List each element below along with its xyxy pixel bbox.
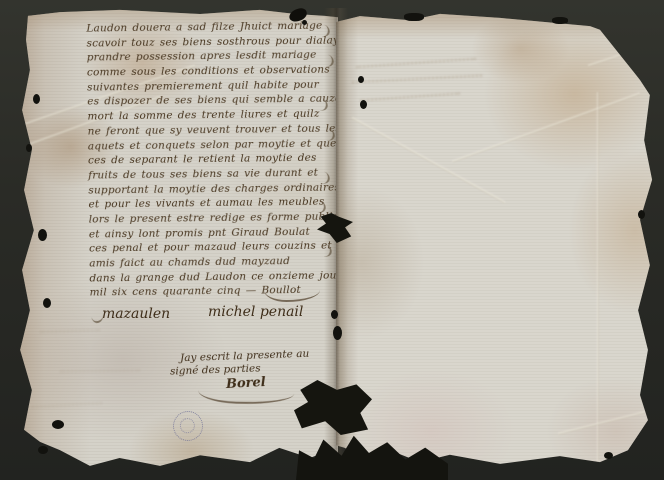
bleed-through-writing [352,75,482,84]
edge-nick [38,446,48,454]
signature-mazaulen: mazaulen [102,306,170,322]
crease-line [596,92,599,462]
edge-nick [604,452,613,459]
archive-stamp-icon [169,407,207,445]
edge-nick [638,210,645,219]
tear-hole [333,326,342,340]
bleed-through-writing [356,58,476,68]
tear-hole [331,310,338,319]
edge-nick [404,13,424,21]
crease-line [451,92,640,163]
pen-flourish [198,390,294,405]
edge-nick [552,17,568,24]
edge-nick [26,144,32,152]
edge-nick [33,94,40,104]
manuscript-line: mil six cens quarante cinq — Boullot [90,283,338,301]
bleed-through-writing [32,402,102,408]
bleed-through-writing [40,329,100,333]
tear-hole [360,100,367,109]
handwritten-text-block: Laudon douera a sad filze Jhuict mariage… [86,18,337,300]
crease-line [588,46,646,67]
signature-michel-penail: michel penail [208,304,303,320]
crease-line [558,410,646,435]
bleed-through-writing [60,369,140,372]
ink-blot [302,20,307,25]
edge-nick [52,420,64,429]
left-page: Laudon douera a sad filze Jhuict mariage… [12,8,338,470]
edge-nick [43,298,51,308]
crease-line [351,116,506,203]
signature-borel: Borel [226,375,266,392]
manuscript-scan: Laudon douera a sad filze Jhuict mariage… [0,0,664,480]
right-page [336,12,654,468]
tear-hole [358,76,364,83]
tear-hole [294,380,372,435]
bleed-through-writing [360,93,460,102]
edge-nick [38,229,47,241]
closing-line-1: Jay escrit la presente au [180,348,310,365]
